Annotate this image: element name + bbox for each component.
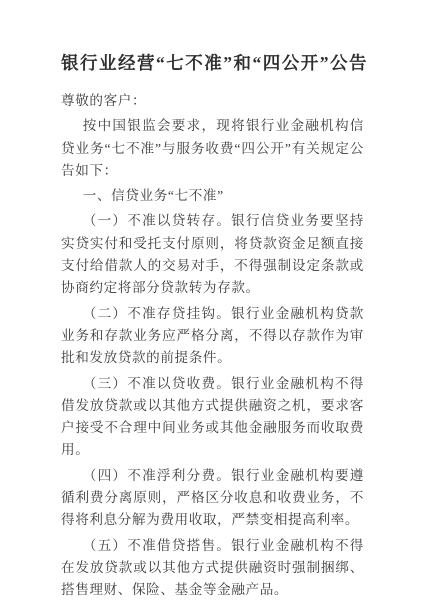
paragraph-item-2: （二）不准存贷挂钩。银行业金融机构贷款业务和存款业务应严格分离，不得以存款作为审… bbox=[61, 303, 364, 370]
document-body: 尊敬的客户： 按中国银监会要求，现将银行业金融机构信贷业务“七不准”与服务收费“… bbox=[61, 90, 364, 600]
intro-paragraph: 按中国银监会要求，现将银行业金融机构信贷业务“七不准”与服务收费“四公开”有关规… bbox=[61, 115, 364, 182]
salutation-line: 尊敬的客户： bbox=[61, 90, 364, 112]
section-heading: 一、信贷业务“七不准” bbox=[61, 185, 364, 207]
paragraph-item-4: （四）不准浮利分费。银行业金融机构要遵循利费分离原则，严格区分收息和收费业务，不… bbox=[61, 465, 364, 532]
paragraph-item-5: （五）不准借贷搭售。银行业金融机构不得在发放贷款或以其他方式提供融资时强制捆绑、… bbox=[61, 535, 364, 600]
document-page: 银行业经营“七不准”和“四公开”公告 尊敬的客户： 按中国银监会要求，现将银行业… bbox=[0, 0, 423, 600]
document-title: 银行业经营“七不准”和“四公开”公告 bbox=[61, 50, 364, 75]
paragraph-item-1: （一）不准以贷转存。银行信贷业务要坚持实贷实付和受托支付原则，将贷款资金足额直接… bbox=[61, 210, 364, 299]
paragraph-item-3: （三）不准以贷收费。银行业金融机构不得借发放贷款或以其他方式提供融资之机，要求客… bbox=[61, 373, 364, 462]
